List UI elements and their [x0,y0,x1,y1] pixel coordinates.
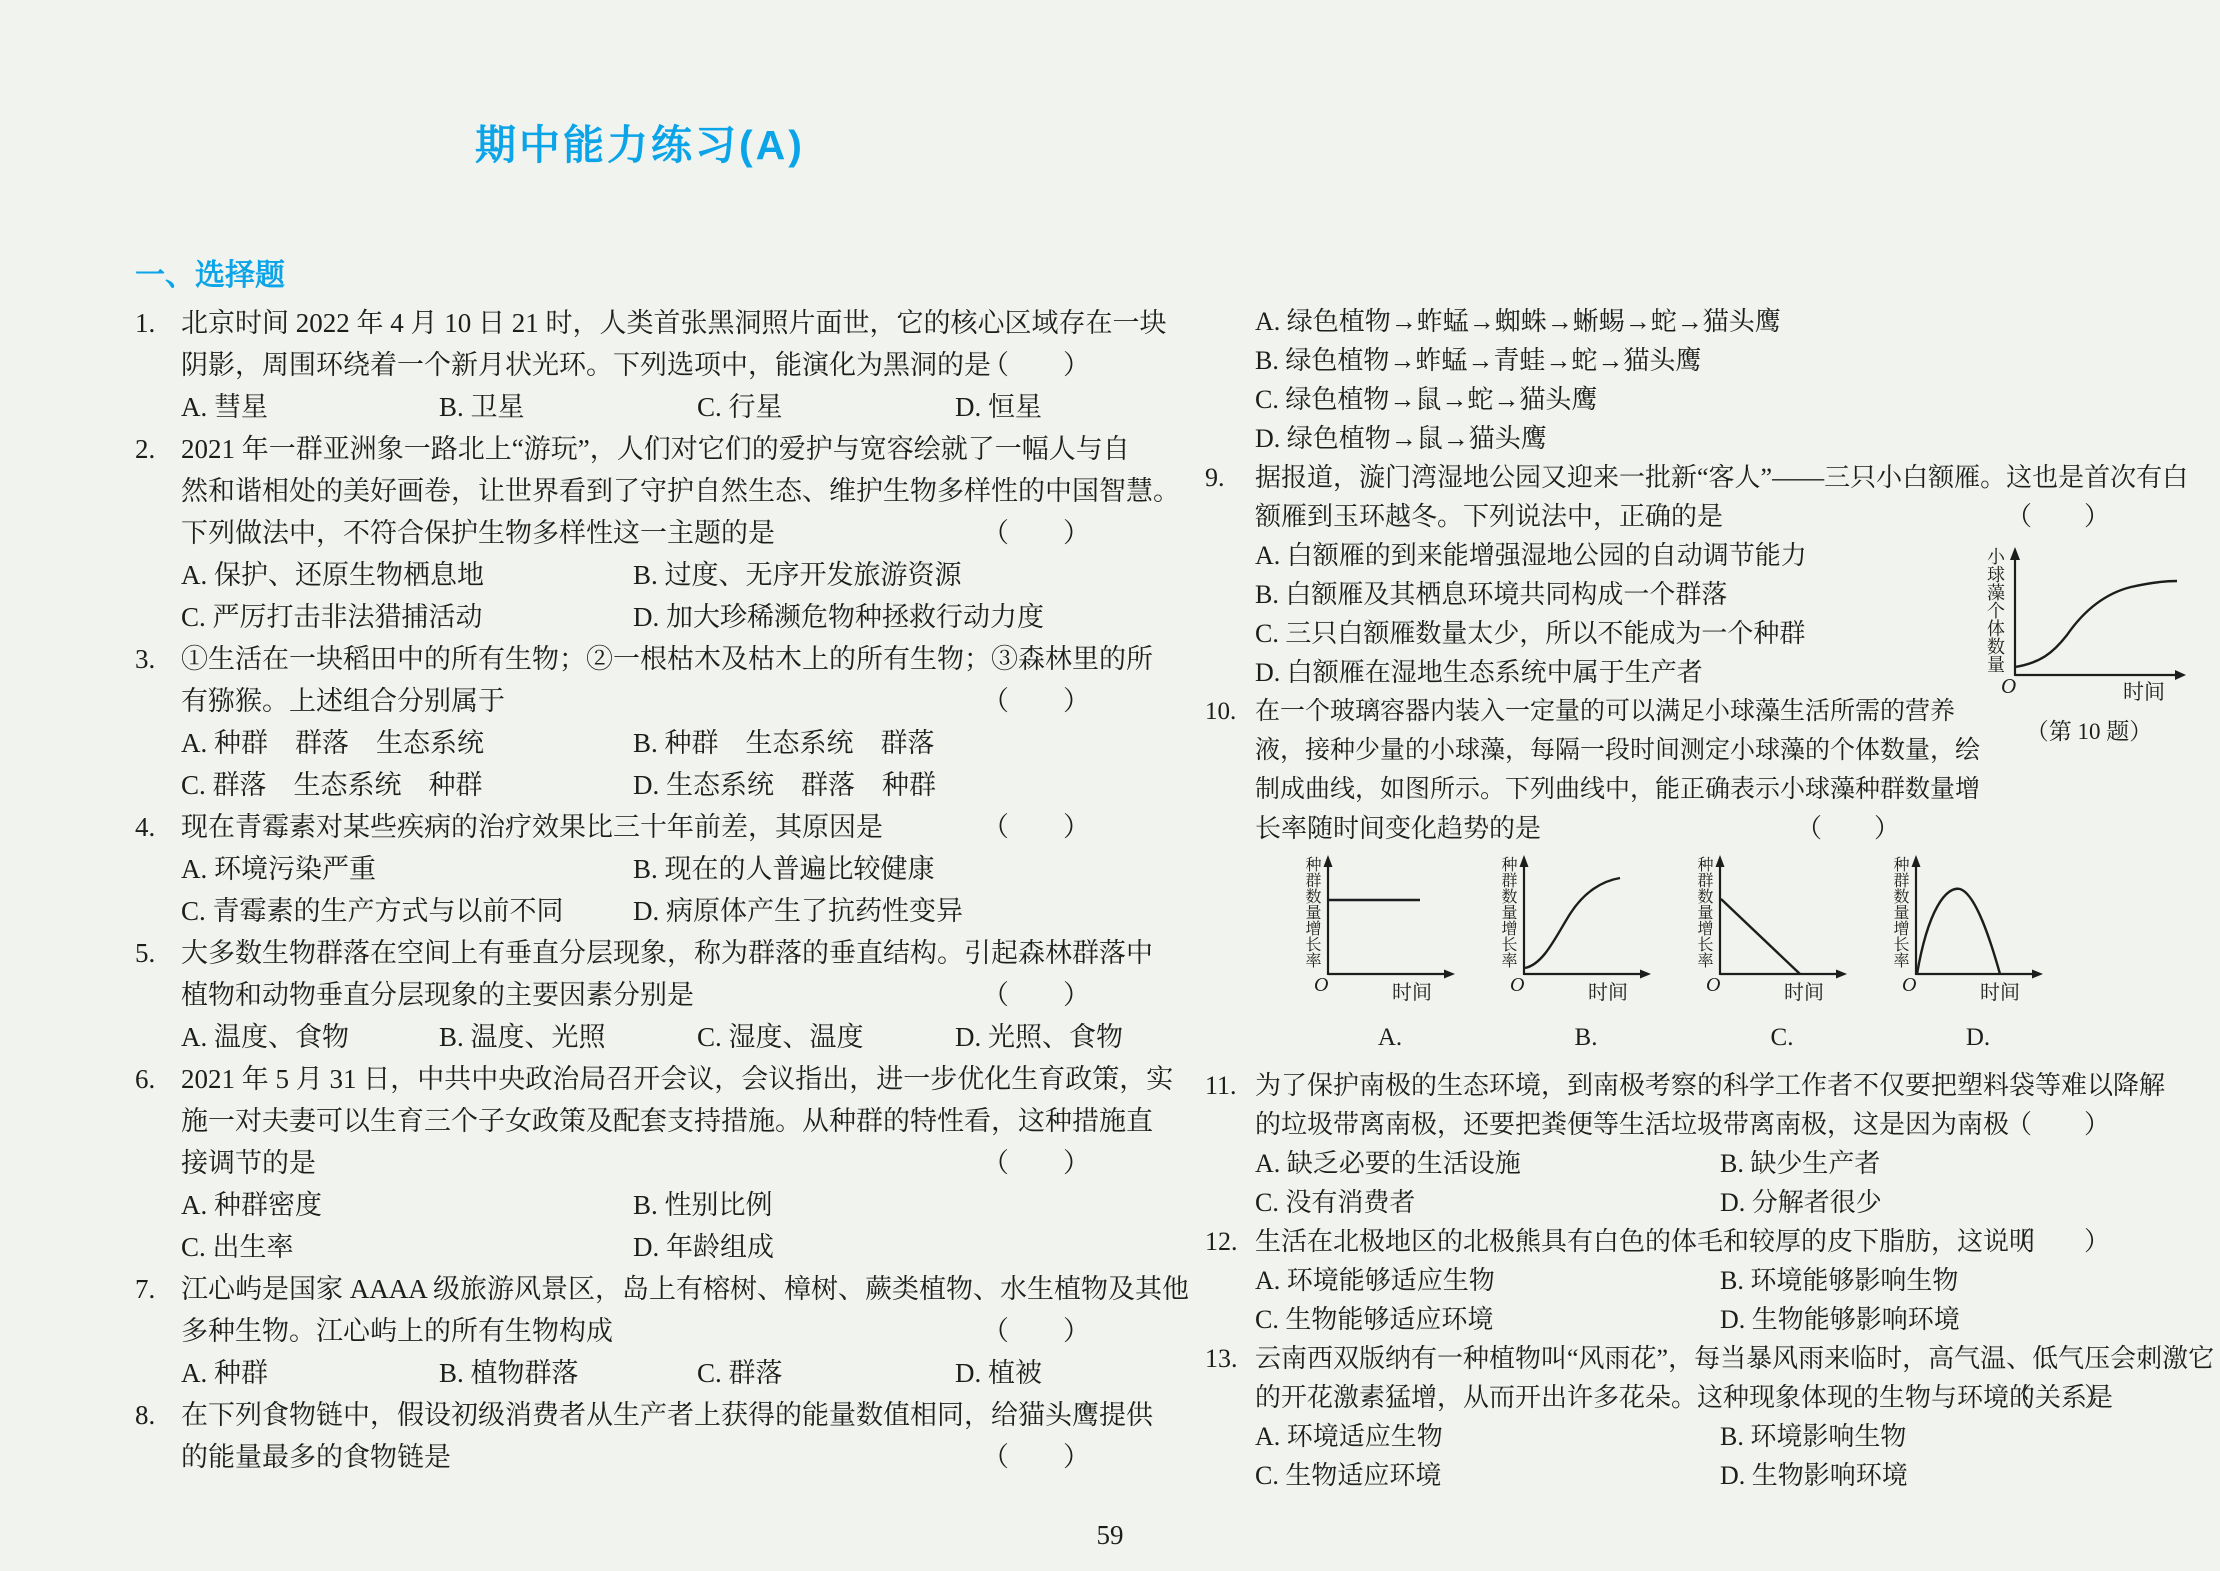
stem-text: 大多数生物群落在空间上有垂直分层现象，称为群落的垂直结构。引起森林群落中 [181,938,1153,968]
options-row: C. 生物能够适应环境D. 生物能够影响环境 [1205,1300,2210,1339]
question-stem-line: 12.生活在北极地区的北极熊具有白色的体毛和较厚的皮下脂肪，这说明（ ） [1205,1222,2210,1261]
option-c: C. 没有消费者 [1255,1183,1720,1222]
stem-text: 接调节的是 [181,1148,316,1178]
question-number: 12. [1205,1222,1255,1261]
option-c: C. 群落 [697,1352,955,1394]
question-stem-line: 的能量最多的食物链是（ ） [135,1436,1145,1478]
question-number: 7. [135,1268,181,1310]
stem-text: 2021 年 5 月 31 日，中共中央政治局召开会议，会议指出，进一步优化生育… [181,1064,1173,1094]
option-c: C. 行星 [697,386,955,428]
option-d: D. 植被 [955,1352,1213,1394]
graph-label-b: B. [1516,1018,1656,1057]
stem-text: 生活在北极地区的北极熊具有白色的体毛和较厚的皮下脂肪，这说明 [1255,1227,2035,1256]
bell-curve-chart [1908,854,2048,1004]
options-row: A. 彗星B. 卫星C. 行星D. 恒星 [135,386,1145,428]
option-a: A. 种群密度 [181,1184,633,1226]
option-d: D. 生物能够影响环境 [1720,1300,2185,1339]
stem-text: 江心屿是国家 AAAA 级旅游风景区，岛上有榕树、樟树、蕨类植物、水生植物及其他 [181,1274,1189,1304]
question-stem-line: 6.2021 年 5 月 31 日，中共中央政治局召开会议，会议指出，进一步优化… [135,1058,1145,1100]
options-row: A. 种群 群落 生态系统B. 种群 生态系统 群落 [135,722,1145,764]
question-stem-line: 3.①生活在一块稻田中的所有生物；②一根枯木及枯木上的所有生物；③森林里的所 [135,638,1145,680]
question-stem-line: 长率随时间变化趋势的是（ ） [1205,809,2210,848]
stem-text: 制成曲线，如图所示。下列曲线中，能正确表示小球藻种群数量增 [1255,776,1980,803]
question-stem-line: 5.大多数生物群落在空间上有垂直分层现象，称为群落的垂直结构。引起森林群落中 [135,932,1145,974]
option-c: C. 严厉打击非法猎捕活动 [181,596,633,638]
question-8-options: A. 绿色植物→蚱蜢→蜘蛛→蜥蜴→蛇→猫头鹰 B. 绿色植物→蚱蜢→青蛙→蛇→猫… [1205,302,2210,458]
question-number: 6. [135,1058,181,1100]
question-stem-line: 的开花激素猛增，从而开出许多花朵。这种现象体现的生物与环境的关系是（ ） [1205,1378,2210,1417]
options-row: A. 保护、还原生物栖息地B. 过度、无序开发旅游资源 [135,554,1145,596]
option-a: A. 环境污染严重 [181,848,633,890]
option-text: D. 白额雁在湿地生态系统中属于生产者 [1255,658,1703,687]
origin-label: O [1902,966,1916,1005]
s-curve-chart [1516,854,1656,1004]
answer-blank: （ ） [982,680,1090,722]
question-10-figure: 小球藻个体数量 O 时间 （第 10 题） [1983,545,2213,751]
option-text: C. 三只白额雁数量太少，所以不能成为一个种群 [1255,619,1805,648]
option-a: A. 保护、还原生物栖息地 [181,554,633,596]
food-chain-option: C. 绿色植物→鼠→蛇→猫头鹰 [1255,385,1597,414]
declining-line-chart [1712,854,1852,1004]
question-stem-line: 多种生物。江心屿上的所有生物构成（ ） [135,1310,1145,1352]
option-a: A. 种群 [181,1352,439,1394]
question-stem-line: 额雁到玉环越冬。下列说法中，正确的是（ ） [1205,497,2210,536]
stem-text: 为了保护南极的生态环境，到南极考察的科学工作者不仅要把塑料袋等难以降解 [1255,1071,2165,1100]
option-a: A. 温度、食物 [181,1016,439,1058]
option-b: B. 性别比例 [633,1184,1085,1226]
answer-blank: （ ） [982,974,1090,1016]
question-stem-line: 7.江心屿是国家 AAAA 级旅游风景区，岛上有榕树、樟树、蕨类植物、水生植物及… [135,1268,1145,1310]
question-stem-line: 制成曲线，如图所示。下列曲线中，能正确表示小球藻种群数量增 [1205,770,2210,809]
option-a: A. 缺乏必要的生活设施 [1255,1144,1720,1183]
origin-label: O [1510,966,1524,1005]
option-b: B. 植物群落 [439,1352,697,1394]
x-axis-label: 时间 [1392,974,1432,1013]
question-number: 2. [135,428,181,470]
answer-blank: （ ） [2006,497,2110,536]
stem-text: 的垃圾带离南极，还要把粪便等生活垃圾带离南极，这是因为南极 [1255,1110,2009,1139]
answer-graphs-row: 种群数量增长率 O 时间 A. [1205,854,2210,1066]
options-row: A. 温度、食物B. 温度、光照C. 湿度、温度D. 光照、食物 [135,1016,1145,1058]
question-11: 11.为了保护南极的生态环境，到南极考察的科学工作者不仅要把塑料袋等难以降解 的… [1205,1066,2210,1222]
constant-line-chart [1320,854,1460,1004]
option-b: B. 温度、光照 [439,1016,697,1058]
question-stem-line: 9.据报道，漩门湾湿地公园又迎来一批新“客人”——三只小白额雁。这也是首次有白 [1205,458,2210,497]
answer-blank: （ ） [982,806,1090,848]
option-b: B. 绿色植物→蚱蜢→青蛙→蛇→猫头鹰 [1205,341,2210,380]
stem-text: 多种生物。江心屿上的所有生物构成 [181,1316,613,1346]
answer-graph-c: 种群数量增长率 O 时间 C. [1692,854,1852,1066]
question-5: 5.大多数生物群落在空间上有垂直分层现象，称为群落的垂直结构。引起森林群落中 植… [135,932,1145,1058]
stem-text: 现在青霉素对某些疾病的治疗效果比三十年前差，其原因是 [181,812,883,842]
stem-text: 阴影，周围环绕着一个新月状光环。下列选项中，能演化为黑洞的是 [181,350,991,380]
option-a: A. 绿色植物→蚱蜢→蜘蛛→蜥蜴→蛇→猫头鹰 [1205,302,2210,341]
option-text: B. 白额雁及其栖息环境共同构成一个群落 [1255,580,1727,609]
stem-text: 云南西双版纳有一种植物叫“风雨花”，每当暴风雨来临时，高气温、低气压会刺激它 [1255,1344,2214,1373]
x-axis-label: 时间 [1980,974,2020,1013]
option-b: B. 现在的人普遍比较健康 [633,848,1085,890]
option-a: A. 彗星 [181,386,439,428]
origin-label: O [1706,966,1720,1005]
options-row: C. 生物适应环境D. 生物影响环境 [1205,1456,2210,1495]
options-row: C. 严厉打击非法猎捕活动D. 加大珍稀濒危物种拯救行动力度 [135,596,1145,638]
option-c: C. 群落 生态系统 种群 [181,764,633,806]
option-a: A. 种群 群落 生态系统 [181,722,633,764]
option-d: D. 光照、食物 [955,1016,1213,1058]
option-d: D. 绿色植物→鼠→猫头鹰 [1205,419,2210,458]
question-stem-line: 11.为了保护南极的生态环境，到南极考察的科学工作者不仅要把塑料袋等难以降解 [1205,1066,2210,1105]
option-a: A. 环境适应生物 [1255,1417,1720,1456]
question-4: 4.现在青霉素对某些疾病的治疗效果比三十年前差，其原因是（ ） A. 环境污染严… [135,806,1145,932]
x-axis-label: 时间 [1588,974,1628,1013]
option-b: B. 环境影响生物 [1720,1417,2185,1456]
question-number: 13. [1205,1339,1255,1378]
growth-rate-plot-b: O 时间 [1516,854,1656,1004]
stem-text: 北京时间 2022 年 4 月 10 日 21 时，人类首张黑洞照片面世，它的核… [181,308,1167,338]
question-stem-line: 8.在下列食物链中，假设初级消费者从生产者上获得的能量数值相同，给猫头鹰提供 [135,1394,1145,1436]
growth-rate-plot-d: O 时间 [1908,854,2048,1004]
logistic-growth-chart [2005,545,2195,700]
stem-text: 下列做法中，不符合保护生物多样性这一主题的是 [181,518,775,548]
food-chain-option: B. 绿色植物→蚱蜢→青蛙→蛇→猫头鹰 [1255,346,1701,375]
question-13: 13.云南西双版纳有一种植物叫“风雨花”，每当暴风雨来临时，高气温、低气压会刺激… [1205,1339,2210,1495]
answer-graph-b: 种群数量增长率 O 时间 B. [1496,854,1656,1066]
question-stem-line: 2.2021 年一群亚洲象一路北上“游玩”，人们对它们的爱护与宽容绘就了一幅人与… [135,428,1145,470]
option-c: C. 生物能够适应环境 [1255,1300,1720,1339]
option-d: D. 生态系统 群落 种群 [633,764,1085,806]
option-text: A. 白额雁的到来能增强湿地公园的自动调节能力 [1255,541,1807,570]
option-b: B. 缺少生产者 [1720,1144,2185,1183]
stem-text: 长率随时间变化趋势的是 [1255,814,1541,843]
question-stem-line: 然和谐相处的美好画卷，让世界看到了守护自然生态、维护生物多样性的中国智慧。 [135,470,1145,512]
options-row: A. 种群B. 植物群落C. 群落D. 植被 [135,1352,1145,1394]
left-column: 1.北京时间 2022 年 4 月 10 日 21 时，人类首张黑洞照片面世，它… [135,302,1145,1478]
graph-label-c: C. [1712,1018,1852,1057]
question-stem-line: 有猕猴。上述组合分别属于（ ） [135,680,1145,722]
question-stem-line: 13.云南西双版纳有一种植物叫“风雨花”，每当暴风雨来临时，高气温、低气压会刺激… [1205,1339,2210,1378]
question-stem-line: 植物和动物垂直分层现象的主要因素分别是（ ） [135,974,1145,1016]
question-number: 9. [1205,458,1255,497]
option-d: D. 恒星 [955,386,1213,428]
answer-graph-d: 种群数量增长率 O 时间 D. [1888,854,2048,1066]
stem-text: 在一个玻璃容器内装入一定量的可以满足小球藻生活所需的营养 [1255,698,1955,725]
question-number: 10. [1205,692,1255,731]
y-axis-label: 种群数量增长率 [1300,856,1320,984]
answer-blank: （ ） [2006,1222,2110,1261]
option-c: C. 生物适应环境 [1255,1456,1720,1495]
options-row: C. 出生率D. 年龄组成 [135,1226,1145,1268]
stem-text: 的开花激素猛增，从而开出许多花朵。这种现象体现的生物与环境的关系是 [1255,1383,2113,1412]
stem-text: 施一对夫妻可以生育三个子女政策及配套支持措施。从种群的特性看，这种措施直 [181,1106,1153,1136]
graph-label-a: A. [1320,1018,1460,1057]
stem-text: 的能量最多的食物链是 [181,1442,451,1472]
answer-blank: （ ） [2006,1378,2110,1417]
option-c: C. 青霉素的生产方式与以前不同 [181,890,633,932]
stem-text: 植物和动物垂直分层现象的主要因素分别是 [181,980,694,1010]
question-stem-line: 4.现在青霉素对某些疾病的治疗效果比三十年前差，其原因是（ ） [135,806,1145,848]
stem-text: 然和谐相处的美好画卷，让世界看到了守护自然生态、维护生物多样性的中国智慧。 [181,476,1180,506]
question-1: 1.北京时间 2022 年 4 月 10 日 21 时，人类首张黑洞照片面世，它… [135,302,1145,428]
x-axis-label: 时间 [2123,673,2165,712]
question-stem-line: 下列做法中，不符合保护生物多样性这一主题的是（ ） [135,512,1145,554]
option-d: D. 病原体产生了抗药性变异 [633,890,1085,932]
question-6: 6.2021 年 5 月 31 日，中共中央政治局召开会议，会议指出，进一步优化… [135,1058,1145,1268]
stem-text: 液，接种少量的小球藻，每隔一段时间测定小球藻的个体数量，绘 [1255,737,1980,764]
y-axis-label: 种群数量增长率 [1496,856,1516,984]
stem-text: 据报道，漩门湾湿地公园又迎来一批新“客人”——三只小白额雁。这也是首次有白 [1255,463,2188,492]
x-axis-label: 时间 [1784,974,1824,1013]
origin-label: O [2001,667,2016,706]
options-row: C. 没有消费者D. 分解者很少 [1205,1183,2210,1222]
question-stem-line: 的垃圾带离南极，还要把粪便等生活垃圾带离南极，这是因为南极（ ） [1205,1105,2210,1144]
option-c: C. 湿度、温度 [697,1016,955,1058]
option-d: D. 生物影响环境 [1720,1456,2185,1495]
question-3: 3.①生活在一块稻田中的所有生物；②一根枯木及枯木上的所有生物；③森林里的所 有… [135,638,1145,806]
question-stem-line: 施一对夫妻可以生育三个子女政策及配套支持措施。从种群的特性看，这种措施直 [135,1100,1145,1142]
growth-rate-plot-a: O 时间 [1320,854,1460,1004]
y-axis-label: 种群数量增长率 [1888,856,1908,984]
answer-blank: （ ） [982,1310,1090,1352]
stem-text: 额雁到玉环越冬。下列说法中，正确的是 [1255,502,1723,531]
option-b: B. 环境能够影响生物 [1720,1261,2185,1300]
question-stem-line: 接调节的是（ ） [135,1142,1145,1184]
option-b: B. 过度、无序开发旅游资源 [633,554,1085,596]
options-row: A. 环境适应生物B. 环境影响生物 [1205,1417,2210,1456]
option-c: C. 绿色植物→鼠→蛇→猫头鹰 [1205,380,2210,419]
answer-blank: （ ） [2006,1105,2110,1144]
options-row: A. 种群密度B. 性别比例 [135,1184,1145,1226]
options-row: A. 缺乏必要的生活设施B. 缺少生产者 [1205,1144,2210,1183]
growth-rate-plot-c: O 时间 [1712,854,1852,1004]
workbook-page: 期中能力练习(A) 一、选择题 1.北京时间 2022 年 4 月 10 日 2… [0,0,2220,1571]
answer-blank: （ ） [982,1142,1090,1184]
right-column: A. 绿色植物→蚱蜢→蜘蛛→蜥蜴→蛇→猫头鹰 B. 绿色植物→蚱蜢→青蛙→蛇→猫… [1205,302,2210,1495]
answer-blank: （ ） [982,1436,1090,1478]
options-row: A. 环境能够适应生物B. 环境能够影响生物 [1205,1261,2210,1300]
food-chain-option: D. 绿色植物→鼠→猫头鹰 [1255,424,1547,453]
stem-text: 2021 年一群亚洲象一路北上“游玩”，人们对它们的爱护与宽容绘就了一幅人与自 [181,434,1130,464]
question-number: 8. [135,1394,181,1436]
chlorella-growth-plot: O 时间 [2005,545,2195,700]
question-2: 2.2021 年一群亚洲象一路北上“游玩”，人们对它们的爱护与宽容绘就了一幅人与… [135,428,1145,638]
figure-caption: （第 10 题） [1983,712,2195,751]
question-number: 4. [135,806,181,848]
question-stem-line: 1.北京时间 2022 年 4 月 10 日 21 时，人类首张黑洞照片面世，它… [135,302,1145,344]
page-title: 期中能力练习(A) [135,112,1145,171]
answer-blank: （ ） [982,344,1090,386]
answer-blank: （ ） [982,512,1090,554]
options-row: C. 青霉素的生产方式与以前不同D. 病原体产生了抗药性变异 [135,890,1145,932]
question-number: 1. [135,302,181,344]
question-number: 3. [135,638,181,680]
stem-text: 有猕猴。上述组合分别属于 [181,686,505,716]
option-d: D. 分解者很少 [1720,1183,2185,1222]
question-number: 5. [135,932,181,974]
option-b: B. 卫星 [439,386,697,428]
page-number: 59 [0,1520,2220,1551]
option-d: D. 加大珍稀濒危物种拯救行动力度 [633,596,1085,638]
stem-text: ①生活在一块稻田中的所有生物；②一根枯木及枯木上的所有生物；③森林里的所 [181,644,1153,674]
question-8: 8.在下列食物链中，假设初级消费者从生产者上获得的能量数值相同，给猫头鹰提供 的… [135,1394,1145,1478]
y-axis-label: 种群数量增长率 [1692,856,1712,984]
graph-label-d: D. [1908,1018,2048,1057]
answer-blank: （ ） [1796,809,1900,848]
options-row: A. 环境污染严重B. 现在的人普遍比较健康 [135,848,1145,890]
option-c: C. 出生率 [181,1226,633,1268]
question-number: 11. [1205,1066,1255,1105]
answer-graph-a: 种群数量增长率 O 时间 A. [1300,854,1460,1066]
option-d: D. 年龄组成 [633,1226,1085,1268]
option-b: B. 种群 生态系统 群落 [633,722,1085,764]
question-12: 12.生活在北极地区的北极熊具有白色的体毛和较厚的皮下脂肪，这说明（ ） A. … [1205,1222,2210,1339]
origin-label: O [1314,966,1328,1005]
question-7: 7.江心屿是国家 AAAA 级旅游风景区，岛上有榕树、樟树、蕨类植物、水生植物及… [135,1268,1145,1394]
section-heading: 一、选择题 [135,250,285,294]
food-chain-option: A. 绿色植物→蚱蜢→蜘蛛→蜥蜴→蛇→猫头鹰 [1255,307,1781,336]
option-a: A. 环境能够适应生物 [1255,1261,1720,1300]
stem-text: 在下列食物链中，假设初级消费者从生产者上获得的能量数值相同，给猫头鹰提供 [181,1400,1153,1430]
options-row: C. 群落 生态系统 种群D. 生态系统 群落 种群 [135,764,1145,806]
question-stem-line: 阴影，周围环绕着一个新月状光环。下列选项中，能演化为黑洞的是（ ） [135,344,1145,386]
